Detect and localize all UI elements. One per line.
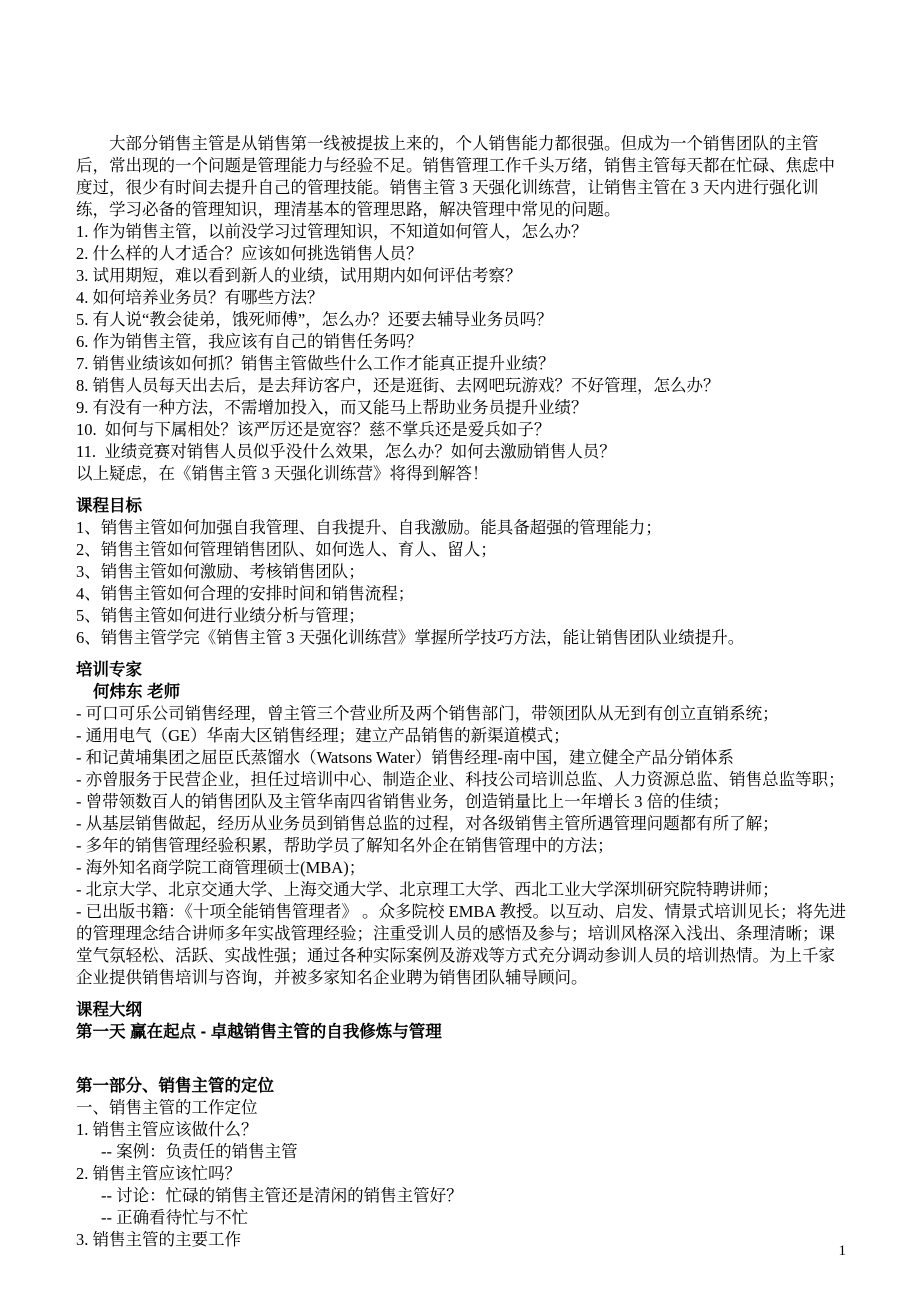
question-item: 11. 业绩竞赛对销售人员似乎没什么效果，怎么办？如何去激励销售人员？ (76, 441, 848, 463)
trainer-point: - 海外知名商学院工商管理硕士(MBA)； (76, 857, 848, 879)
document-page: 大部分销售主管是从销售第一线被提拔上来的，个人销售能力都很强。但成为一个销售团队… (0, 0, 920, 1302)
trainer-point: - 从基层销售做起，经历从业务员到销售总监的过程，对各级销售主管所遇管理问题都有… (76, 813, 848, 835)
question-item: 2. 什么样的人才适合？应该如何挑选销售人员？ (76, 243, 848, 265)
outline-item: 2. 销售主管应该忙吗？ (76, 1163, 848, 1185)
outline-sub-item: -- 正确看待忙与不忙 (101, 1207, 848, 1229)
outline-sub-item: -- 案例：负责任的销售主管 (101, 1141, 848, 1163)
goal-item: 2、销售主管如何管理销售团队、如何选人、育人、留人； (76, 539, 848, 561)
goal-item: 5、销售主管如何进行业绩分析与管理； (76, 605, 848, 627)
document-content: 大部分销售主管是从销售第一线被提拔上来的，个人销售能力都很强。但成为一个销售团队… (76, 133, 848, 1251)
trainer-point: - 亦曾服务于民营企业，担任过培训中心、制造企业、科技公司培训总监、人力资源总监… (76, 769, 848, 791)
question-item: 3. 试用期短，难以看到新人的业绩，试用期内如何评估考察？ (76, 265, 848, 287)
trainer-point: - 北京大学、北京交通大学、上海交通大学、北京理工大学、西北工业大学深圳研究院特… (76, 879, 848, 901)
trainer-point: - 可口可乐公司销售经理，曾主管三个营业所及两个销售部门，带领团队从无到有创立直… (76, 703, 848, 725)
question-item: 6. 作为销售主管，我应该有自己的销售任务吗？ (76, 331, 848, 353)
trainer-point: - 多年的销售管理经验积累，帮助学员了解知名外企在销售管理中的方法； (76, 835, 848, 857)
page-number: 1 (839, 1242, 847, 1260)
intro-paragraph: 大部分销售主管是从销售第一线被提拔上来的，个人销售能力都很强。但成为一个销售团队… (76, 133, 848, 221)
trainer-point: - 已出版书籍：《十项全能销售管理者》 。众多院校 EMBA 教授。以互动、启发… (76, 901, 848, 989)
goal-item: 4、销售主管如何合理的安排时间和销售流程； (76, 583, 848, 605)
outline-item: 3. 销售主管的主要工作 (76, 1229, 848, 1251)
outline-item: 1. 销售主管应该做什么？ (76, 1119, 848, 1141)
trainer-point: - 和记黄埔集团之屈臣氏蒸馏水（Watsons Water）销售经理-南中国，建… (76, 747, 848, 769)
questions-conclusion: 以上疑虑，在《销售主管 3 天强化训练营》将得到解答！ (76, 463, 848, 485)
question-item: 10. 如何与下属相处？该严厉还是宽容？慈不掌兵还是爱兵如子？ (76, 419, 848, 441)
trainer-point: - 曾带领数百人的销售团队及主管华南四省销售业务，创造销量比上一年增长 3 倍的… (76, 791, 848, 813)
trainer-point: - 通用电气（GE）华南大区销售经理；建立产品销售的新渠道模式； (76, 725, 848, 747)
goal-item: 6、销售主管学完《销售主管 3 天强化训练营》掌握所学技巧方法，能让销售团队业绩… (76, 627, 848, 649)
day1-heading: 第一天 赢在起点 - 卓越销售主管的自我修炼与管理 (76, 1021, 848, 1043)
trainer-name: 何炜东 老师 (93, 681, 848, 703)
goal-item: 3、销售主管如何激励、考核销售团队； (76, 561, 848, 583)
goal-item: 1、销售主管如何加强自我管理、自我提升、自我激励。能具备超强的管理能力； (76, 517, 848, 539)
goals-heading: 课程目标 (76, 495, 848, 517)
trainer-heading: 培训专家 (76, 659, 848, 681)
question-item: 8. 销售人员每天出去后，是去拜访客户，还是逛街、去网吧玩游戏？不好管理，怎么办… (76, 375, 848, 397)
question-item: 7. 销售业绩该如何抓？销售主管做些什么工作才能真正提升业绩？ (76, 353, 848, 375)
outline-heading: 课程大纲 (76, 999, 848, 1021)
part1-heading: 第一部分、销售主管的定位 (76, 1075, 848, 1097)
question-item: 5. 有人说“教会徒弟，饿死师傅”，怎么办？还要去辅导业务员吗？ (76, 309, 848, 331)
question-item: 4. 如何培养业务员？有哪些方法？ (76, 287, 848, 309)
section-heading: 一、销售主管的工作定位 (76, 1097, 848, 1119)
question-item: 9. 有没有一种方法，不需增加投入，而又能马上帮助业务员提升业绩？ (76, 397, 848, 419)
question-item: 1. 作为销售主管，以前没学习过管理知识，不知道如何管人，怎么办？ (76, 221, 848, 243)
outline-sub-item: -- 讨论：忙碌的销售主管还是清闲的销售主管好？ (101, 1185, 848, 1207)
